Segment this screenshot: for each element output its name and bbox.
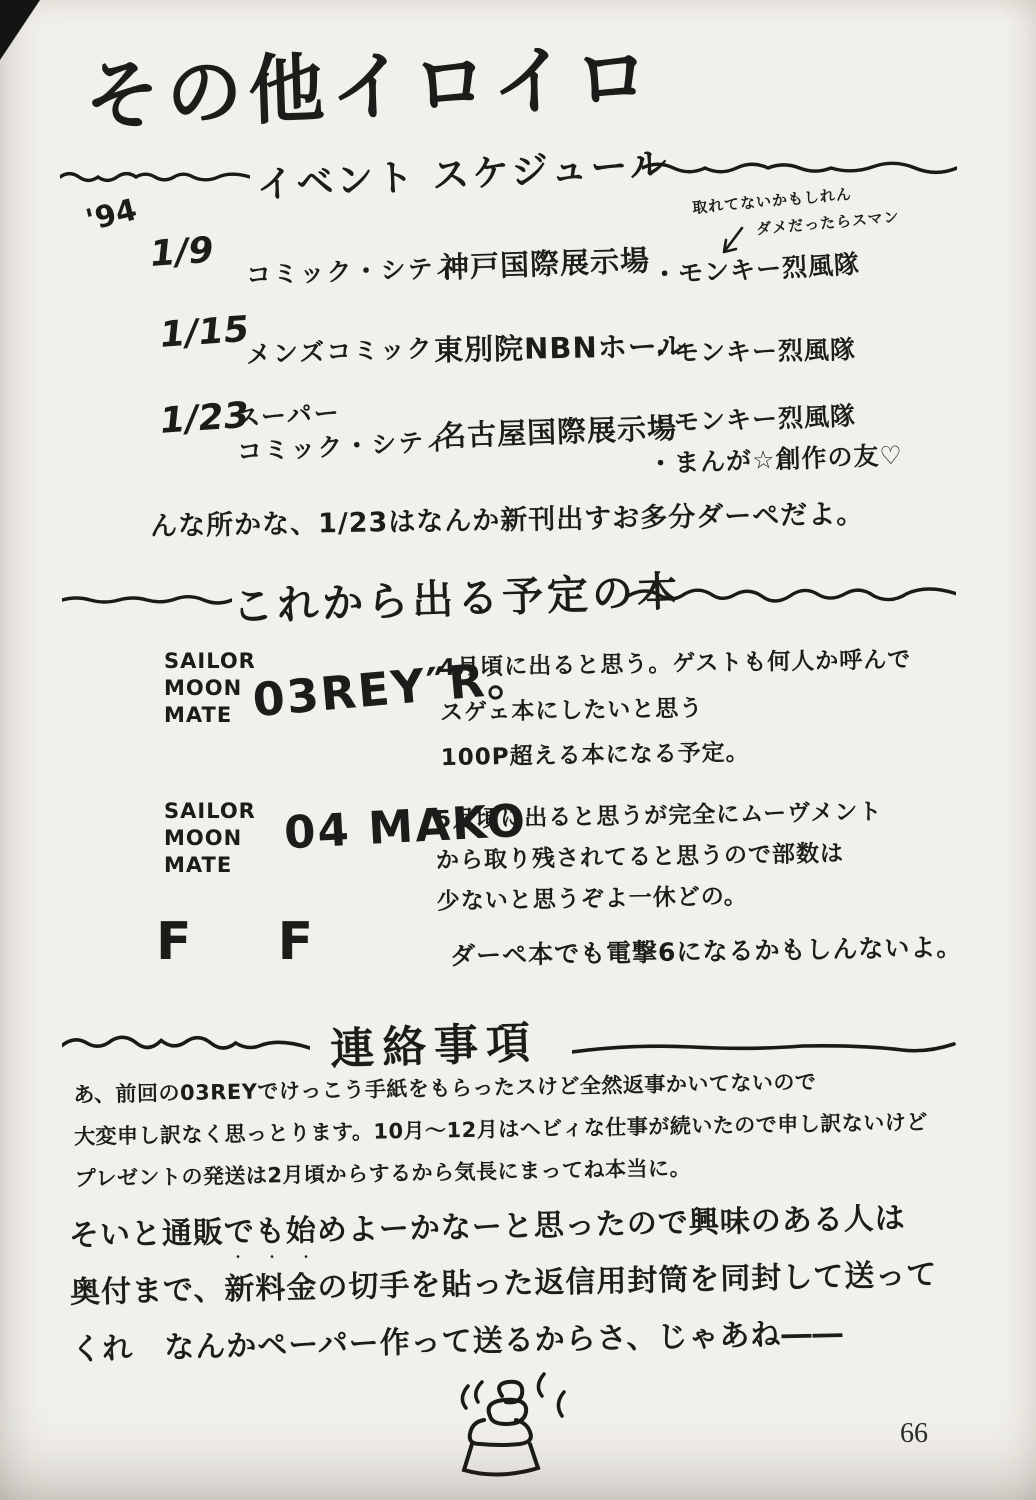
squiggle-divider-icon: [628, 582, 956, 610]
circle-name: ・まんが☆創作の友♡: [647, 436, 903, 481]
book-description: 5月頃に出ると思うが完全にムーヴメント から取り残されてると思うので部数は 少な…: [435, 792, 884, 923]
book-description: ダーペ本でも電撃6になるかもしんないよ。: [450, 928, 963, 973]
book-series: SAILOR MOON MATE: [164, 798, 256, 879]
page-title: その他イロイロ: [82, 16, 657, 145]
year-label: '94: [83, 192, 141, 238]
book-number: F F: [156, 912, 347, 972]
schedule-footnote: んな所かな、1/23はなんか新刊出すお多分ダーペだよ。: [150, 492, 871, 544]
book-series: SAILOR MOON MATE: [164, 648, 256, 729]
event-name: コミック・シティ: [245, 248, 460, 291]
event-date: 1/9: [148, 230, 216, 275]
event-venue: 名古屋国際展示場: [436, 406, 677, 455]
circle-name: ・モンキー烈風隊: [651, 245, 861, 292]
book-description: 4月頃に出ると思う。ゲストも何人か呼んで スゲェ本にしたいと思う 100P超える…: [439, 638, 913, 781]
squiggle-divider-icon: [60, 168, 250, 186]
section-heading-upcoming-books: これから出る予定の本: [231, 558, 683, 633]
page-number: 66: [900, 1418, 928, 1450]
contact-paragraph-small: あ、前回の03REYでけっこう手紙をもらったスけど全然返事かいてないので 大変申…: [73, 1058, 975, 1200]
squiggle-divider-icon: [62, 592, 232, 608]
squiggle-divider-icon: [572, 1038, 957, 1060]
contact-paragraph-large: そいと通販でも始めよーかなーと思ったので興味のある人は 奥付まで、新料金の切手を…: [68, 1188, 981, 1378]
steaming-mound-doodle-icon: [450, 1368, 575, 1483]
event-venue: 神戸国際展示場: [439, 238, 650, 286]
circle-name: ・モンキー烈風隊: [647, 396, 856, 439]
squiggle-divider-icon: [62, 1028, 310, 1058]
circle-name: ・モンキー烈風隊: [648, 330, 857, 370]
squiggle-divider-icon: [642, 158, 957, 178]
scan-corner-mark: [0, 0, 40, 60]
section-heading-event-schedule: イベント スケジュール: [255, 133, 671, 209]
scanned-doujinshi-page: その他イロイロ イベント スケジュール '94 取れてないかもしれん ダメだった…: [0, 0, 1036, 1500]
availability-note-line2: ダメだったらスマン: [755, 206, 900, 239]
event-name: メンズコミック: [245, 329, 434, 372]
event-name: スーパー コミック・シティ: [234, 390, 451, 469]
event-date: 1/15: [157, 309, 251, 356]
